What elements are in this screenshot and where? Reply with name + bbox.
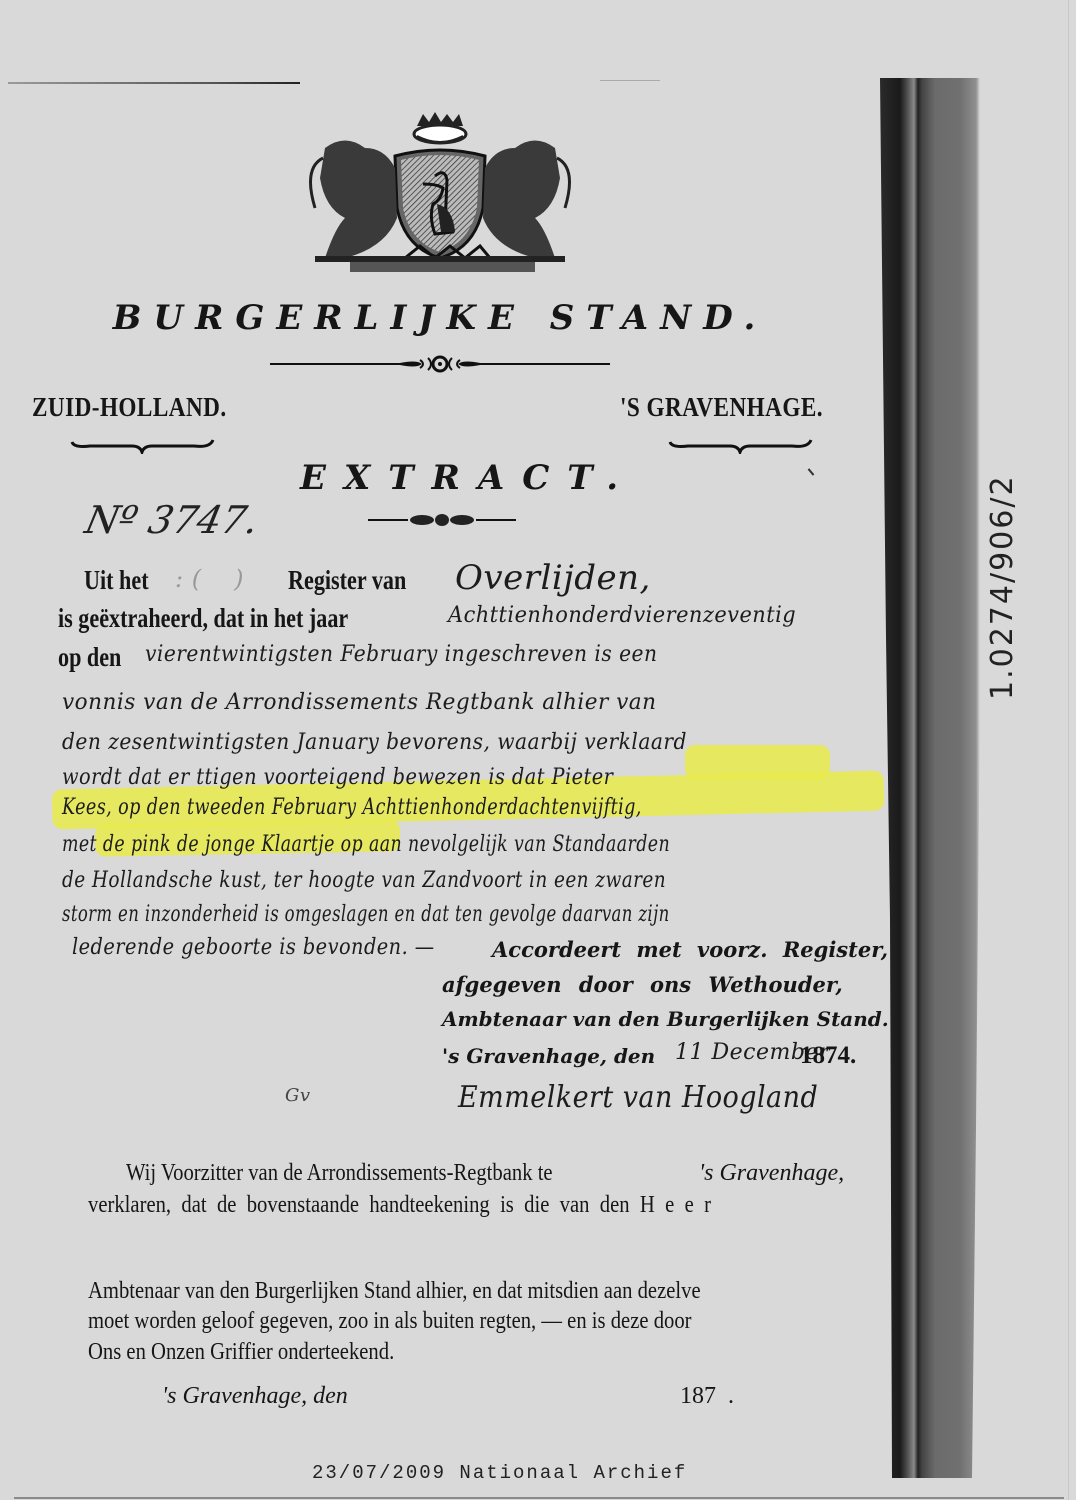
blank-field-mark: : ( ) [175, 565, 244, 593]
certification-line: Accordeert met voorz. Register, [492, 937, 888, 962]
coat-of-arms-icon [305, 108, 575, 273]
handwritten-line: de Hollandsche kust, ter hoogte van Zand… [62, 868, 666, 893]
top-rule-divider [600, 80, 660, 81]
page-edge [1068, 0, 1069, 1500]
certification-line: afgegeven door ons Wethouder, [442, 972, 843, 997]
ink-mark [808, 468, 815, 475]
handwritten-line: vonnis van de Arrondissements Regtbank a… [62, 690, 657, 715]
handwritten-line: met de pink de jonge Klaartje op aan nev… [62, 832, 670, 857]
scan-binding-shadow [880, 78, 980, 1478]
certification-place-date: 's Gravenhage, den [442, 1044, 655, 1068]
certification-year: 1874. [800, 1042, 856, 1070]
body-line-3-prefix: op den [58, 642, 121, 673]
page-edge [14, 1497, 1064, 1499]
handwritten-line: lederende geboorte is bevonden. — [72, 935, 435, 960]
handwritten-line: den zesentwintigsten January bevorens, w… [62, 730, 687, 755]
brace-divider-icon [668, 438, 813, 454]
body-line-1-prefix: Uit het [84, 565, 149, 596]
ornamental-divider-icon [368, 513, 516, 527]
document-title: BURGERLIJKE STAND. [0, 298, 880, 338]
region-province: ZUID-HOLLAND. [32, 392, 227, 423]
record-number: Nº 3747. [81, 498, 262, 542]
brace-divider-icon [70, 438, 215, 454]
declaration-line: moet worden geloof gegeven, zoo in als b… [88, 1308, 692, 1335]
declaration-line: Wij Voorzitter van de Arrondissements-Re… [126, 1160, 553, 1187]
archive-stamp: 23/07/2009 Nationaal Archief [312, 1462, 687, 1484]
region-municipality: 'S GRAVENHAGE. [620, 392, 823, 423]
handwritten-line: wordt dat er ttigen voorteigend bewezen … [62, 765, 613, 790]
handwritten-line: vierentwintigsten February ingeschreven … [145, 642, 657, 667]
year-handwritten: Achttienhonderdvierenzeventig [448, 603, 796, 628]
initials-handwritten: Gv [285, 1085, 311, 1106]
declaration-place-date: 's Gravenhage, den [162, 1383, 348, 1410]
document-type-heading: EXTRACT. [300, 458, 636, 498]
top-rule-divider [8, 82, 300, 84]
declaration-place: 's Gravenhage, [699, 1160, 844, 1187]
declaration-line: Ons en Onzen Griffier onderteekend. [88, 1339, 394, 1366]
register-type-handwritten: Overlijden, [455, 558, 651, 598]
ornamental-divider-icon [270, 352, 610, 376]
certification-line: Ambtenaar van den Burgerlijken Stand. [442, 1007, 889, 1031]
declaration-year-blank: 187 . [680, 1383, 734, 1410]
margin-archive-number: 1.0274/906/2 [985, 400, 1045, 700]
handwritten-line: Kees, op den tweeden February Achttienho… [62, 795, 642, 820]
declaration-line: Ambtenaar van den Burgerlijken Stand alh… [88, 1278, 701, 1305]
declaration-line: verklaren, dat de bovenstaande handteeke… [88, 1192, 711, 1219]
body-line-2-prefix: is geëxtraheerd, dat in het jaar [58, 603, 348, 634]
body-line-1-mid: Register van [288, 565, 406, 596]
handwritten-line: storm en inzonderheid is omgeslagen en d… [62, 902, 670, 927]
official-signature: Emmelkert van Hoogland [458, 1080, 818, 1115]
